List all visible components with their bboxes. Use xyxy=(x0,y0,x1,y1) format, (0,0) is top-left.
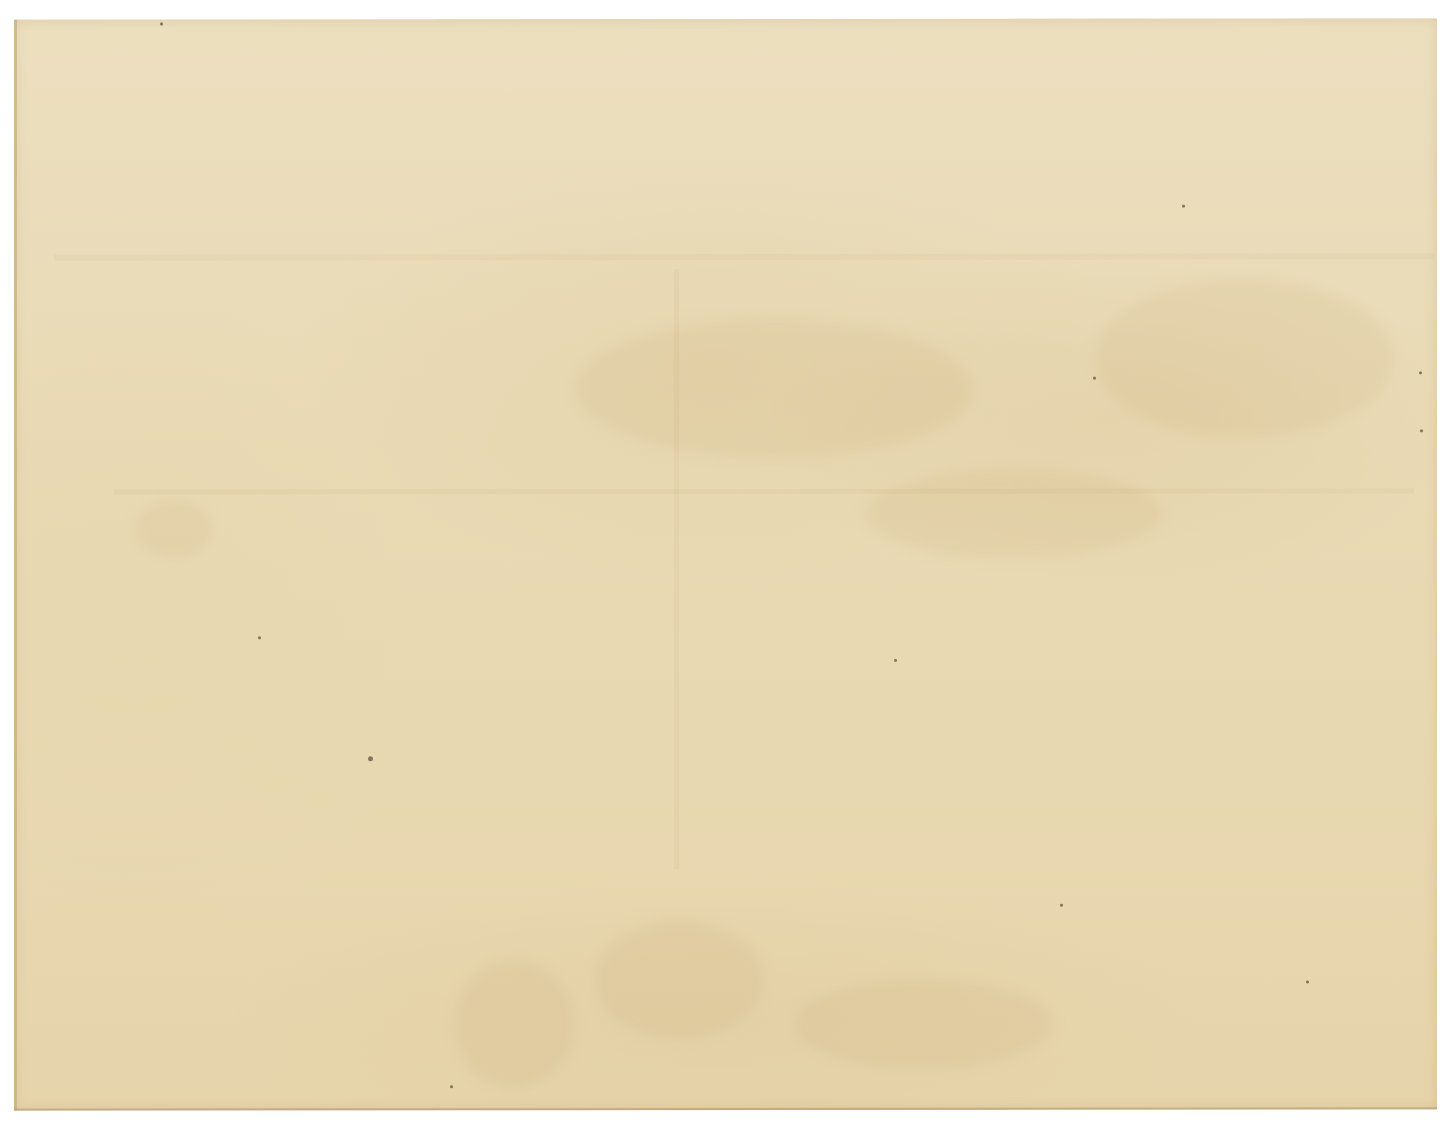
speck xyxy=(160,22,163,25)
stain xyxy=(594,919,764,1039)
speck xyxy=(894,659,897,662)
speck xyxy=(1419,371,1422,374)
speck xyxy=(1060,904,1063,907)
stain xyxy=(134,499,214,559)
speck xyxy=(258,636,261,639)
paper-left-edge xyxy=(14,20,17,1111)
speck xyxy=(368,756,373,761)
paper-bottom-edge xyxy=(14,1107,1437,1110)
stain xyxy=(1094,278,1394,438)
speck xyxy=(450,1085,453,1088)
paper-sheet xyxy=(14,18,1437,1110)
canvas xyxy=(0,0,1452,1129)
speck xyxy=(1182,205,1185,208)
faint-horizontal-crease xyxy=(114,488,1414,494)
speck xyxy=(1093,377,1096,380)
speck xyxy=(1420,429,1423,432)
stain xyxy=(454,959,574,1089)
speck xyxy=(1306,980,1309,983)
stain xyxy=(794,979,1054,1069)
stain xyxy=(864,469,1164,559)
faint-horizontal-crease xyxy=(54,253,1434,260)
stain xyxy=(574,319,974,459)
